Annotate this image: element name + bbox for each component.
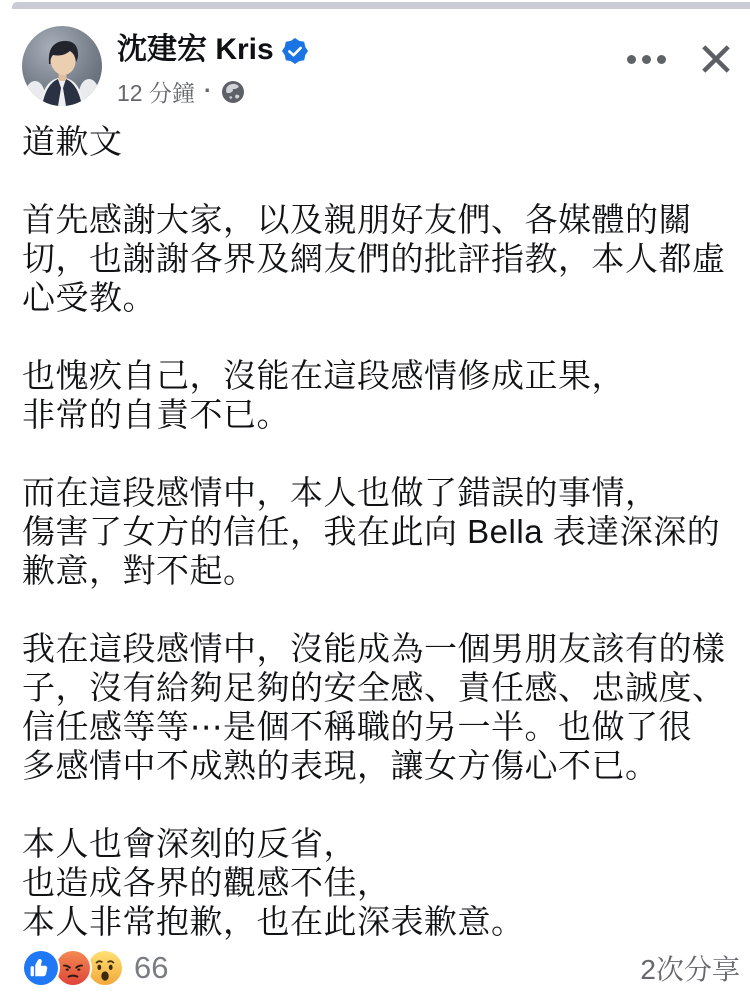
post-card: 沈建宏 Kris 12 分鐘 · (0, 0, 750, 997)
author-info: 沈建宏 Kris 12 分鐘 · (117, 26, 625, 108)
paragraph: 而在這段感情中，本人也做了錯誤的事情， 傷害了女方的信任，我在此向 Bella … (22, 473, 744, 590)
reactions-summary[interactable]: 66 (22, 949, 168, 987)
like-reaction-icon[interactable] (22, 949, 60, 987)
post-footer: 66 2次分享 (22, 948, 740, 988)
more-options-button[interactable] (625, 45, 668, 74)
post-header: 沈建宏 Kris 12 分鐘 · (22, 26, 736, 108)
share-count[interactable]: 2次分享 (640, 948, 740, 988)
author-name[interactable]: 沈建宏 Kris (117, 33, 274, 66)
paragraph: 本人也會深刻的反省， 也造成各界的觀感不佳， 本人非常抱歉，也在此深表歉意。 (22, 824, 744, 941)
top-edge-strip (12, 2, 750, 9)
header-actions (625, 39, 736, 79)
post-text: 道歉文 首先感謝大家，以及親朋好友們、各媒體的關 切，也謝謝各界及網友們的批評指… (22, 122, 744, 941)
verified-badge-icon (282, 38, 308, 64)
avatar-portrait-image (22, 26, 102, 106)
reaction-count[interactable]: 66 (134, 950, 168, 986)
paragraph: 首先感謝大家，以及親朋好友們、各媒體的關 切，也謝謝各界及網友們的批評指教，本人… (22, 200, 744, 317)
paragraph: 我在這段感情中，沒能成為一個男朋友該有的樣 子，沒有給夠足夠的安全感、責任感、忠… (22, 629, 744, 785)
close-icon (696, 39, 736, 79)
ellipsis-icon (627, 55, 636, 64)
close-button[interactable] (696, 39, 736, 79)
meta-separator: · (204, 77, 212, 104)
paragraph: 也愧疚自己，沒能在這段感情修成正果， 非常的自責不已。 (22, 356, 744, 434)
paragraph-title: 道歉文 (22, 122, 744, 161)
post-timestamp[interactable]: 12 分鐘 (117, 75, 195, 108)
public-globe-icon (221, 80, 245, 104)
profile-avatar[interactable] (22, 26, 102, 106)
